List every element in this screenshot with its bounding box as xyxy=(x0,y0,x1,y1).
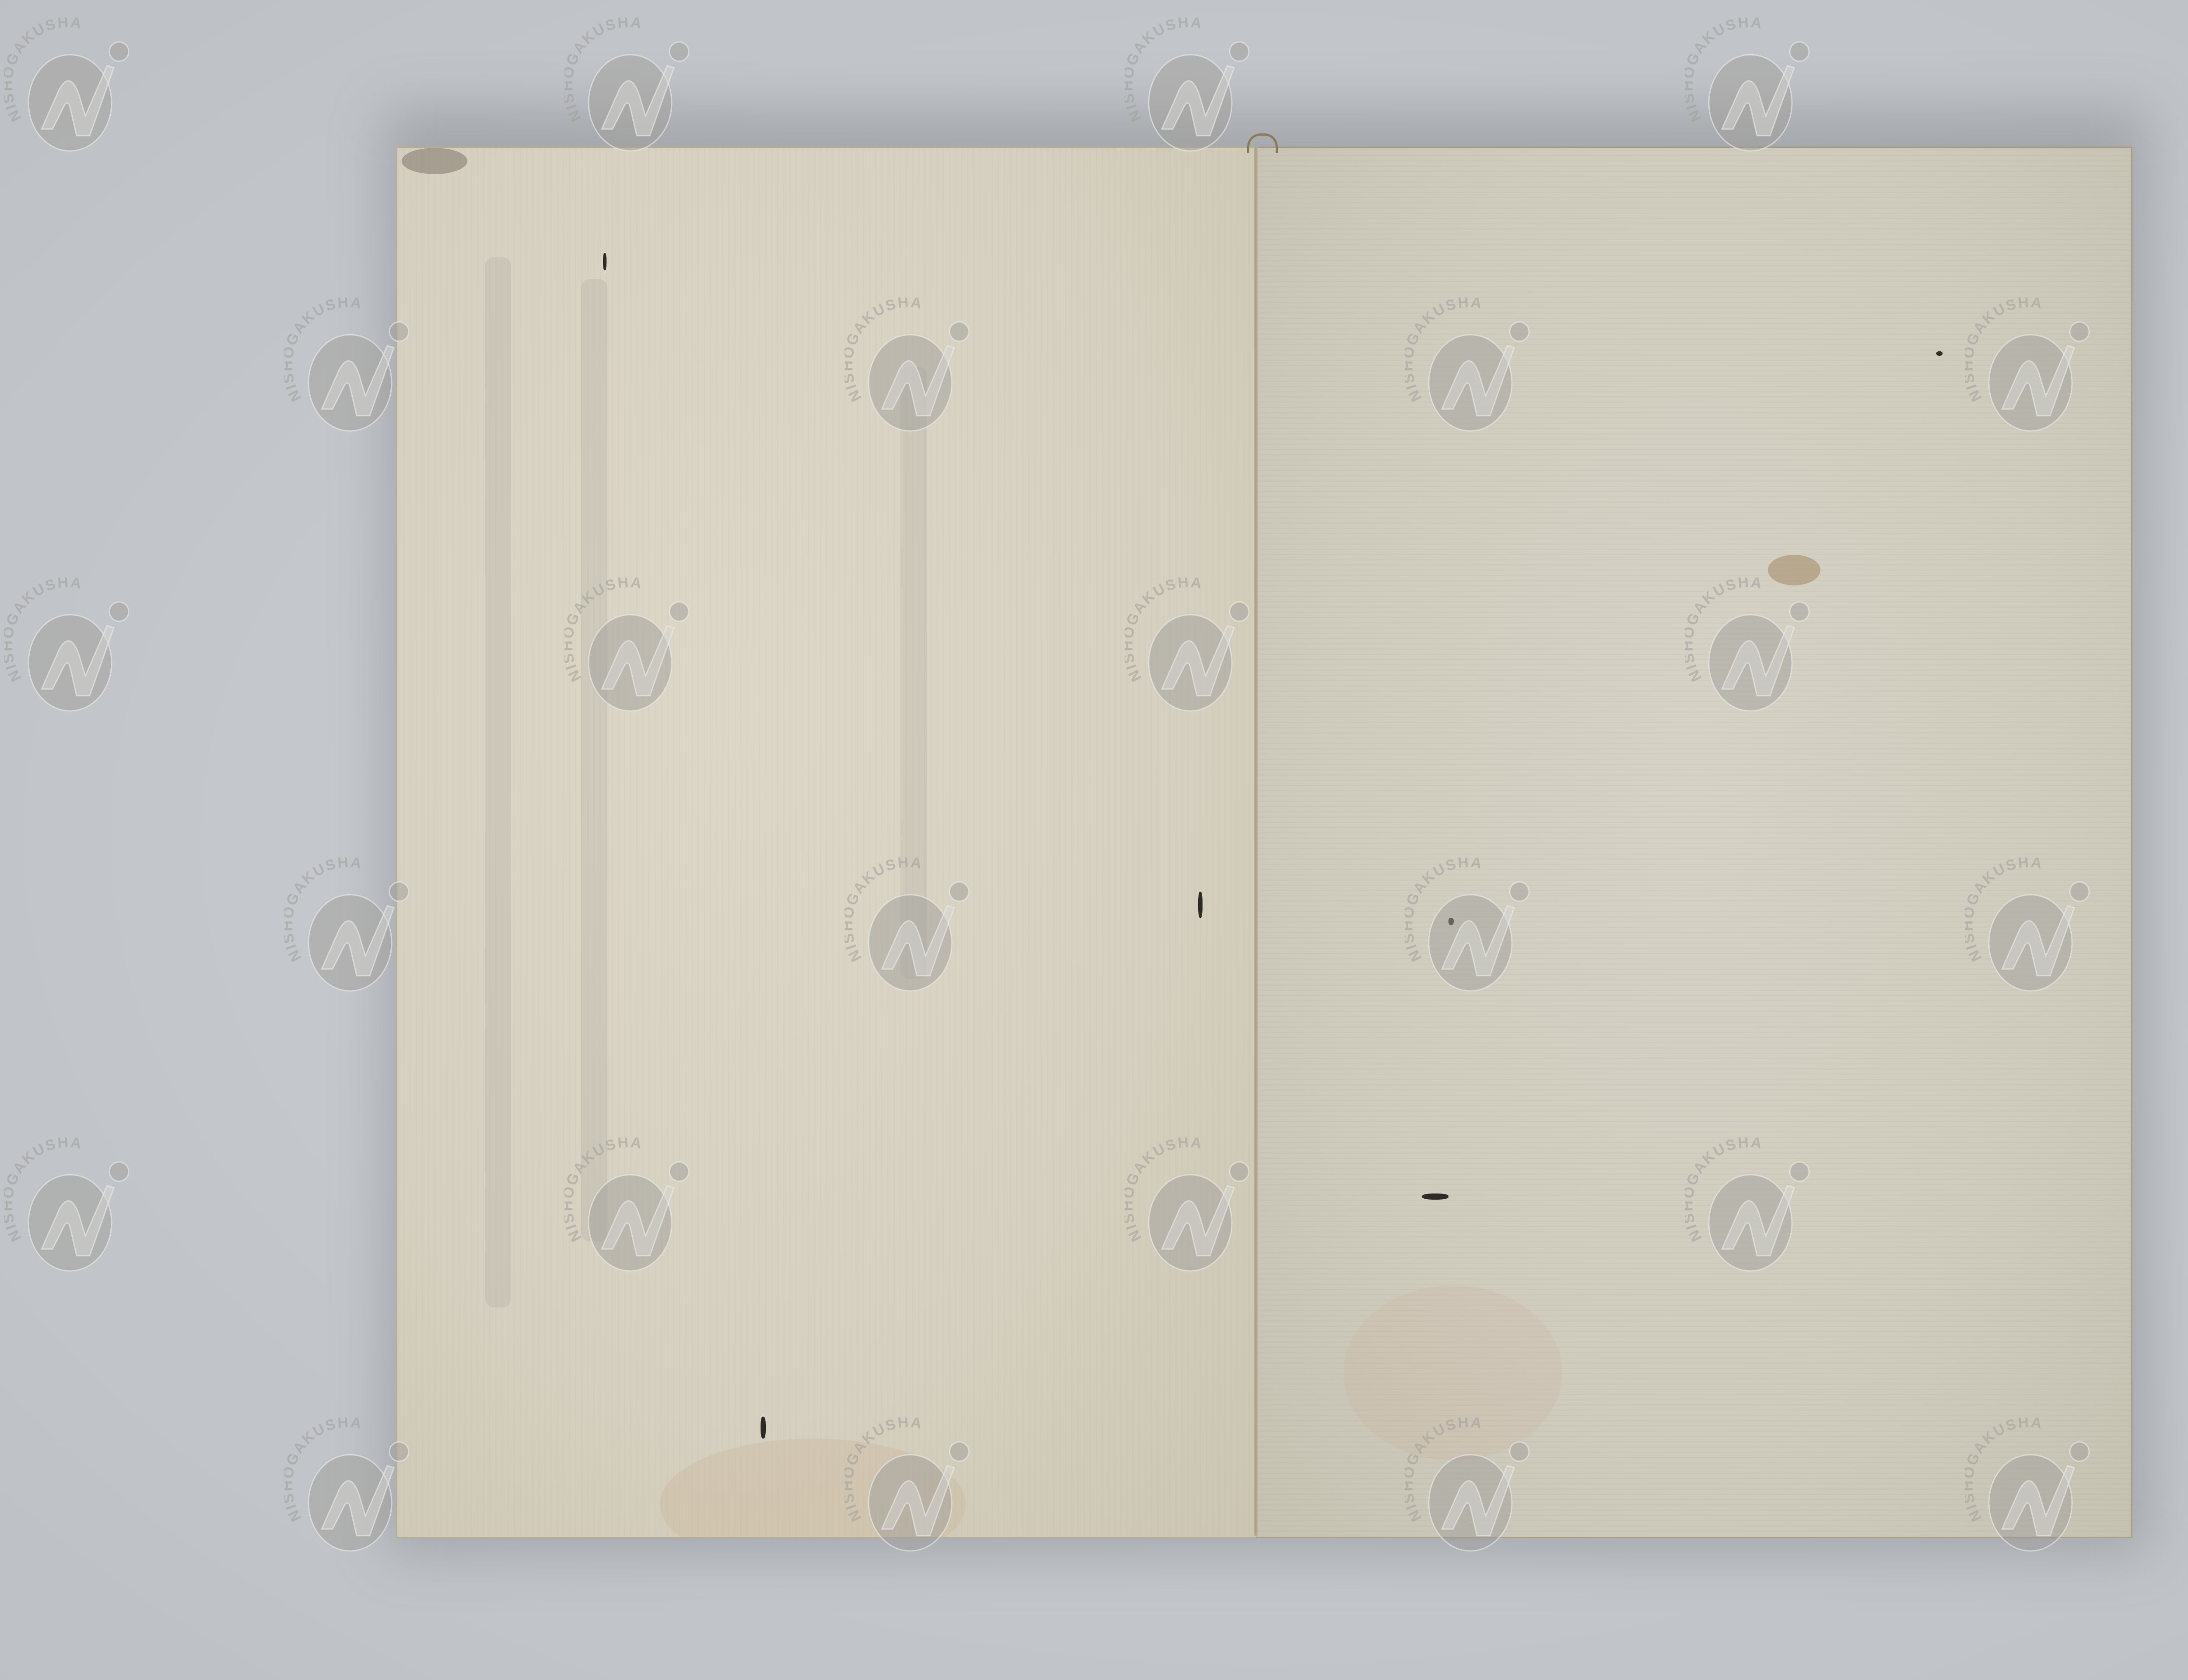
corner-wear xyxy=(402,148,467,174)
book-spine xyxy=(1254,147,1258,1536)
show-through-column xyxy=(901,367,927,979)
stain xyxy=(1343,1285,1562,1460)
stain xyxy=(660,1438,966,1538)
ink-mark xyxy=(1448,918,1454,925)
ink-mark xyxy=(1198,892,1203,918)
ink-mark xyxy=(1936,351,1943,356)
show-through-column xyxy=(485,257,511,1307)
show-through-column xyxy=(581,279,607,1242)
ink-mark xyxy=(761,1417,766,1438)
right-page xyxy=(1256,147,2132,1538)
binding-thread xyxy=(1247,133,1278,153)
stain xyxy=(1768,555,1820,585)
left-page xyxy=(396,147,1257,1538)
ink-mark xyxy=(603,253,607,270)
open-book xyxy=(396,147,2131,1536)
ink-mark xyxy=(1422,1193,1448,1200)
